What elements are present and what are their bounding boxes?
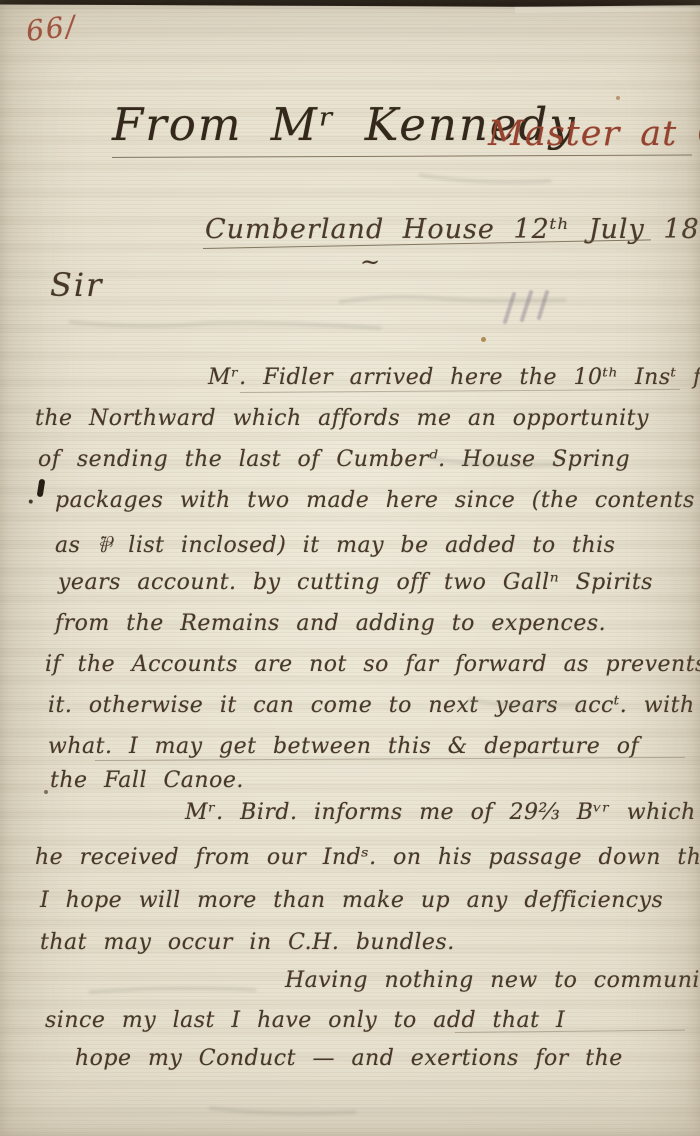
handwriting-line: as ⅌ list inclosed) it may be added to t… bbox=[55, 529, 615, 559]
scan-edge-paper-sliver bbox=[515, 5, 700, 13]
paper-stain-speck bbox=[481, 337, 486, 342]
folio-number: 66/ bbox=[24, 9, 79, 48]
ink-speck bbox=[44, 790, 48, 794]
handwriting-line: if the Accounts are not so far forward a… bbox=[45, 652, 700, 677]
handwriting-line: from the Remains and adding to expences. bbox=[55, 611, 606, 636]
handwriting-line: years account. by cutting off two Gallⁿ … bbox=[58, 570, 653, 595]
handwriting-line: Having nothing new to communicate bbox=[285, 968, 700, 993]
handwriting-line: it. otherwise it can come to next years … bbox=[48, 693, 695, 718]
salutation: Sir bbox=[50, 266, 103, 304]
handwriting-line: Mʳ. Fidler arrived here the 10ᵗʰ Insᵗ fr… bbox=[208, 365, 700, 390]
handwriting-line: he received from our Indˢ. on his passag… bbox=[35, 845, 700, 870]
handwriting-line: of sending the last of Cumberᵈ. House Sp… bbox=[38, 447, 630, 472]
manuscript-page: 66/ From Mʳ Kennedy Master at C H Cumber… bbox=[0, 0, 700, 1136]
handwriting-line: that may occur in C.H. bundles. bbox=[40, 930, 455, 955]
header-underline bbox=[112, 154, 692, 158]
handwriting-line: what. I may get between this & departure… bbox=[48, 734, 639, 759]
letter-header-annotation: Master at C H bbox=[488, 114, 700, 154]
handwriting-line: the Fall Canoe. bbox=[50, 768, 244, 793]
margin-ink-mark bbox=[37, 479, 46, 498]
handwriting-line: Mʳ. Bird. informs me of 29⅔ Bᵛʳ which bbox=[185, 800, 696, 825]
paper-vignette bbox=[0, 0, 700, 1136]
handwriting-line: since my last I have only to add that I bbox=[45, 1008, 565, 1033]
handwriting-line: packages with two made here since (the c… bbox=[55, 488, 695, 513]
handwriting-line: I hope will more than make up any deffic… bbox=[40, 888, 663, 913]
handwriting-line: the Northward which affords me an opport… bbox=[35, 406, 649, 431]
tilde-mark: ~ bbox=[360, 248, 380, 276]
bleed-through-marks bbox=[0, 0, 700, 1136]
paper-stain-speck bbox=[616, 96, 620, 100]
handwriting-line: hope my Conduct — and exertions for the bbox=[75, 1046, 623, 1071]
